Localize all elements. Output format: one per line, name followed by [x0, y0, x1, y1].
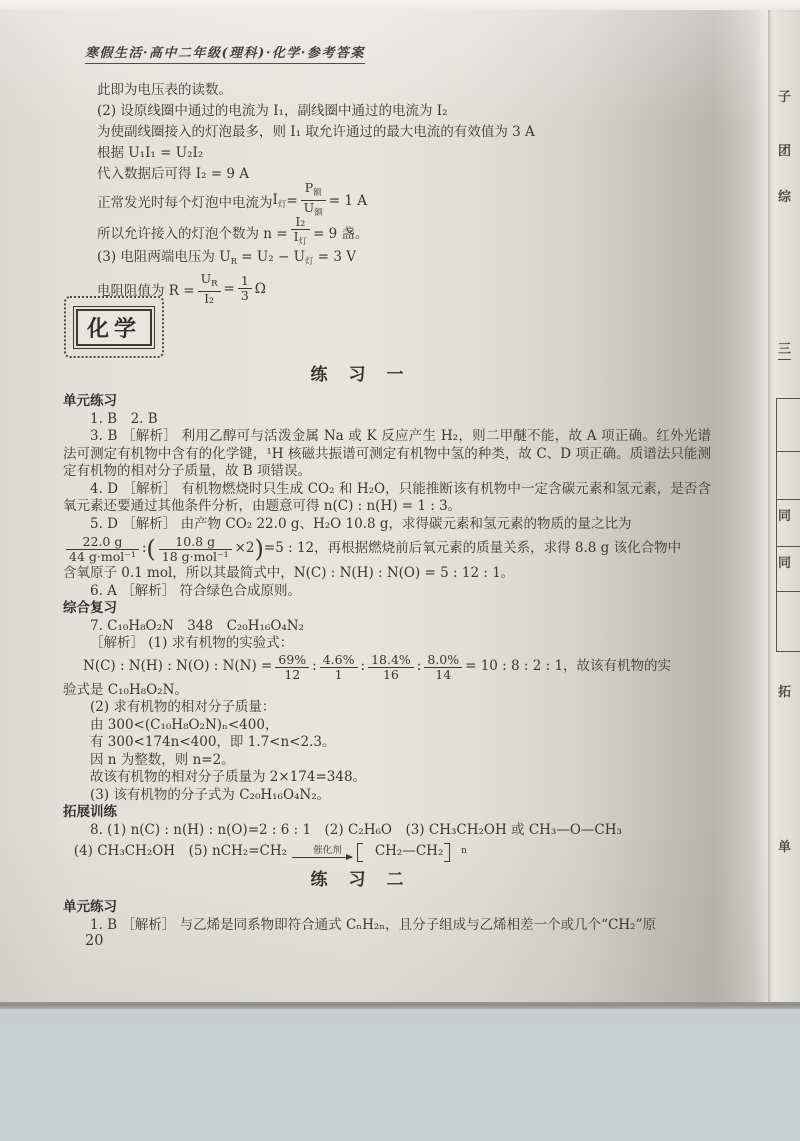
formula-text: ×2 [235, 540, 255, 558]
running-head: 寒假生活·高中二年级(理科)·化学·参考答案 [85, 42, 365, 64]
answer-line: 8. (1) n(C) : n(H) : n(O)=2 : 6 : 1 (2) … [63, 822, 711, 840]
fraction: I₂I灯 [291, 215, 310, 249]
formula-text: = [224, 281, 235, 297]
physics-answer-block: 此即为电压表的读数。 (2) 设原线圈中通过的电流为 I₁，副线圈中通过的电流为… [97, 80, 707, 304]
extension-training-label: 拓展训练 [63, 804, 711, 822]
chemistry-answer-block: 单元练习 1. B 2. B 3. B ［解析］ 利用乙醇可与活泼金属 Na 或… [63, 393, 711, 934]
next-page-partial-text: 拓 [778, 681, 791, 700]
answer-paragraph: 3. B ［解析］ 利用乙醇可与活泼金属 Na 或 K 反应产生 H₂，则二甲醚… [63, 428, 711, 481]
unit-exercise-label: 单元练习 [63, 393, 711, 411]
exercise-1-title: 练 习 一 [63, 360, 653, 385]
reaction-arrow: 催化剂 [292, 846, 352, 858]
answer-line: ［解析］ (1) 求有机物的实验式： [63, 635, 711, 653]
next-page-partial-text: 子 [778, 86, 791, 105]
fraction: URI₂ [198, 272, 221, 306]
arrow-line [292, 857, 352, 858]
formula-text: (4) CH₃CH₂OH (5) nCH₂=CH₂ [63, 843, 287, 861]
answer-line: 含氧原子 0.1 mol，所以其最简式中，N(C) : N(H) : N(O) … [63, 565, 711, 583]
catalyst-label: 催化剂 [302, 846, 341, 856]
physics-formula-line: (3) 电阻两端电压为 UR = U₂ − U灯 = 3 V [97, 247, 707, 273]
answer-line: 验式是 C₁₀H₈O₂N。 [63, 682, 711, 700]
formula-line: N(C) : N(H) : N(O) : N(N) = 69%12 : 4.6%… [63, 653, 711, 682]
formula-text: = [286, 193, 297, 209]
answer-line: 6. A ［解析］ 符合绿色合成原则。 [63, 583, 711, 601]
paren: ( [146, 539, 155, 559]
next-page-partial-text: 同 [778, 552, 791, 571]
polymer-unit: CH₂—CH₂ [364, 843, 443, 861]
physics-line: 根据 U₁I₁ = U₂I₂ [97, 143, 707, 164]
answer-line: 7. C₁₀H₈O₂N 348 C₂₀H₁₆O₄N₂ [63, 618, 711, 636]
answer-line: (3) 该有机物的分子式为 C₂₀H₁₆O₄N₂。 [63, 787, 711, 805]
answer-line: 由 300<(C₁₀H₈O₂N)ₙ<400， [63, 717, 711, 735]
fraction: 69%12 [275, 653, 309, 682]
formula-text: =5 : 12，再根据燃烧前后氧元素的质量关系，求得 8.8 g 该化合物中 [264, 540, 681, 558]
exercise-2-title: 练 习 二 [63, 869, 653, 891]
next-page-partial-text: 单 [778, 836, 791, 855]
physics-formula-line: 正常发光时每个灯泡中电流为 I灯 = P额U额 = 1 A [97, 185, 707, 216]
fraction: 13 [238, 274, 252, 303]
ornamental-frame: 化学 [70, 302, 158, 352]
next-page-edge: 子 团 综 三 同 同 拓 单 [768, 10, 800, 1006]
answer-line: 故该有机物的相对分子质量为 2×174=348。 [63, 769, 711, 787]
formula-text: N(C) : N(H) : N(O) : N(N) = [83, 658, 272, 676]
paren: ) [255, 539, 264, 559]
answer-line: (2) 求有机物的相对分子质量： [63, 699, 711, 717]
formula-text: = 10 : 8 : 2 : 1，故该有机物的实 [465, 658, 671, 676]
next-page-table-fragment [776, 398, 800, 652]
next-page-partial-heading: 三 [778, 338, 791, 360]
formula-text: = 1 A [329, 193, 367, 209]
next-page-partial-text: 团 [778, 140, 791, 159]
variable: I灯 [273, 192, 287, 210]
formula-text: : [417, 658, 422, 676]
scanned-book-page: 子 团 综 三 同 同 拓 单 寒假生活·高中二年级(理科)·化学·参考答案 此… [0, 0, 800, 1141]
formula-text: Ω [255, 281, 266, 297]
reaction-equation-line: (4) CH₃CH₂OH (5) nCH₂=CH₂ 催化剂 CH₂—CH₂n [63, 839, 711, 865]
unit-exercise-label: 单元练习 [63, 899, 711, 917]
physics-formula-line: 所以允许接入的灯泡个数为 n = I₂I灯 = 9 盏。 [97, 216, 707, 247]
answer-paragraph: 4. D ［解析］ 有机物燃烧时只生成 CO₂ 和 H₂O，只能推断该有机物中一… [63, 481, 711, 516]
fraction: 8.0%14 [424, 653, 462, 682]
next-page-partial-text: 同 [778, 505, 791, 524]
variable: U灯 [294, 249, 314, 265]
chemistry-section-badge: 化学 [70, 302, 158, 352]
page-number: 20 [85, 933, 103, 949]
answer-line: 1. B 2. B [63, 411, 711, 429]
physics-line: 为使副线圈接入的灯泡最多，则 I₁ 取允许通过的最大电流的有效值为 3 A [97, 122, 707, 143]
comprehensive-review-label: 综合复习 [63, 600, 711, 618]
formula-text: 所以允许接入的灯泡个数为 n = [97, 222, 288, 242]
answer-paragraph: 5. D ［解析］ 由产物 CO₂ 22.0 g、H₂O 10.8 g，求得碳元… [63, 516, 711, 534]
page-bottom-edge [0, 1002, 800, 1009]
physics-line: 代入数据后可得 I₂ = 9 A [97, 164, 707, 185]
fraction: 18.4%16 [368, 653, 414, 682]
formula-text: 正常发光时每个灯泡中电流为 [97, 191, 273, 211]
variable: UR [219, 249, 237, 265]
formula-line: 22.0 g44 g·mol⁻¹ : (10.8 g18 g·mol⁻¹×2)=… [63, 533, 711, 565]
polymer-subscript: n [450, 843, 467, 861]
physics-line: (2) 设原线圈中通过的电流为 I₁，副线圈中通过的电流为 I₂ [97, 101, 707, 122]
answer-line: 有 300<174n<400，即 1.7<n<2.3。 [63, 734, 711, 752]
fraction: 22.0 g44 g·mol⁻¹ [66, 535, 139, 564]
physics-line: 此即为电压表的读数。 [97, 80, 707, 101]
formula-text: : [312, 658, 317, 676]
formula-text: = 9 盏。 [313, 222, 368, 242]
fraction: 10.8 g18 g·mol⁻¹ [159, 535, 232, 564]
physics-formula-line: 电阻阻值为 R = URI₂ = 13 Ω [97, 273, 707, 304]
fraction: 4.6%1 [320, 653, 358, 682]
answer-line: 因 n 为整数，则 n=2。 [63, 752, 711, 770]
section-badge-label: 化学 [76, 309, 152, 346]
formula-text: : [361, 658, 366, 676]
answer-paragraph: 1. B ［解析］ 与乙烯是同系物即符合通式 CₙH₂ₙ，且分子组成与乙烯相差一… [63, 917, 711, 935]
polymer-bracket-left [357, 843, 363, 862]
next-page-partial-text: 综 [778, 186, 791, 205]
